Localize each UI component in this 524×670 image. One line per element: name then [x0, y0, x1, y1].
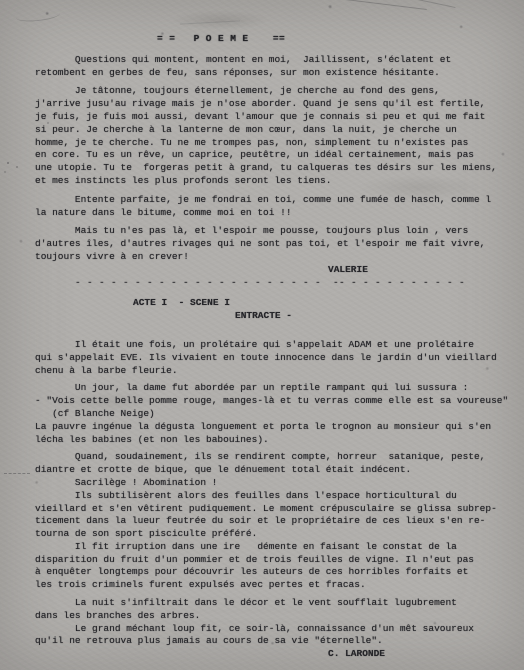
text-line: Je tâtonne, toujours éternellement, je c… — [35, 85, 516, 98]
act-heading: ACTE I - SCENE I — [35, 297, 516, 310]
text-line: Le grand méchant loup fit, ce soir-là, c… — [35, 623, 516, 636]
faint-smudge-mark — [180, 20, 240, 24]
pencil-stroke-mark — [345, 0, 427, 10]
text-line: Il était une fois, un prolétaire qui s'a… — [35, 339, 516, 352]
text-line: dans les branches des arbres. — [35, 610, 516, 623]
text-line: La pauvre ingénue la dégusta longuement … — [35, 421, 516, 434]
text-line: qu'il ne retrouva plus jamais au cours d… — [35, 635, 516, 648]
text-line: - "Vois cette belle pomme rouge, manges-… — [35, 395, 516, 408]
paragraph: Entente parfaite, je me fondrai en toi, … — [35, 194, 516, 220]
paragraph: Quand, soudainement, ils se rendirent co… — [35, 451, 516, 592]
author-signature: C. LARONDE — [35, 648, 516, 661]
text-line: en core. Tu es un rêve, un caprice, peut… — [35, 149, 516, 162]
text-line: Entente parfaite, je me fondrai en toi, … — [35, 194, 516, 207]
section-divider: - - - - - - - - - - - - - - - - - - - - … — [35, 277, 516, 290]
scanned-document-page: = = P O E M E == Questions qui montent, … — [0, 0, 524, 670]
text-line: Un jour, la dame fut abordée par un rept… — [35, 382, 516, 395]
text-line: Il fit irruption dans une ire démente en… — [35, 541, 516, 554]
text-line: si peur. Je cherche à la lanterne de mon… — [35, 124, 516, 137]
text-line: Sacrilège ! Abomination ! — [35, 477, 516, 490]
text-line: La nuit s'infiltrait dans le décor et le… — [35, 597, 516, 610]
text-line: Questions qui montent, montent en moi, J… — [35, 54, 516, 67]
text-line: homme, je te cherche. Tu ne me trompes p… — [35, 137, 516, 150]
scene-heading: ENTRACTE - — [35, 310, 516, 323]
text-line: qui s'appelait EVE. Ils vivaient en tout… — [35, 352, 516, 365]
text-line: Quand, soudainement, ils se rendirent co… — [35, 451, 516, 464]
pencil-stroke-mark — [399, 0, 456, 8]
poem-signature: VALERIE — [35, 264, 516, 277]
paragraph: Mais tu n'es pas là, et l'espoir me pous… — [35, 225, 516, 263]
poem-title: = = P O E M E == — [35, 33, 516, 46]
paragraph: Un jour, la dame fut abordée par un rept… — [35, 382, 516, 446]
ink-speckle-mark — [7, 162, 9, 164]
paragraph: Il était une fois, un prolétaire qui s'a… — [35, 339, 516, 377]
paragraph: Questions qui montent, montent en moi, J… — [35, 54, 516, 80]
text-line: et mes instincts les plus profonds seron… — [35, 175, 516, 188]
paragraph: La nuit s'infiltrait dans le décor et le… — [35, 597, 516, 648]
text-line: chenu à la barbe fleurie. — [35, 365, 516, 378]
text-line: à enquêter longtemps pour découvrir les … — [35, 566, 516, 579]
text-line: diantre et crotte de bique, que le dénue… — [35, 464, 516, 477]
text-line: toujours vivre à en crever! — [35, 251, 516, 264]
pencil-squiggle-mark — [16, 8, 61, 24]
text-line: la nature dans le bitume, comme moi en t… — [35, 207, 516, 220]
typewritten-content: = = P O E M E == Questions qui montent, … — [35, 33, 516, 661]
text-line: lécha les babines (et non les babouines)… — [35, 434, 516, 447]
text-line: d'autres îles, d'autres rivages qui ne s… — [35, 238, 516, 251]
text-line: (cf Blanche Neige) — [35, 408, 516, 421]
text-line: retombent en gerbes de feu, sans réponse… — [35, 67, 516, 80]
text-line: ticement dans la lueur feutrée du soir e… — [35, 515, 516, 528]
margin-dash-mark — [4, 473, 30, 474]
text-line: je fuis, je fuis moi aussi, devant l'amo… — [35, 111, 516, 124]
poem-body: Questions qui montent, montent en moi, J… — [35, 54, 516, 264]
text-line: Mais tu n'es pas là, et l'espoir me pous… — [35, 225, 516, 238]
paragraph: Je tâtonne, toujours éternellement, je c… — [35, 85, 516, 187]
text-line: j'arrive jusu'au rivage mais je n'ose ab… — [35, 98, 516, 111]
text-line: Ils subtilisèrent alors des feuilles dan… — [35, 490, 516, 503]
text-line: vieillard et s'en vêtirent pudiquement. … — [35, 503, 516, 516]
text-line: les trois criminels furent expulsés avec… — [35, 579, 516, 592]
text-line: tourna de son sport pisciculte préféré. — [35, 528, 516, 541]
story-body: Il était une fois, un prolétaire qui s'a… — [35, 339, 516, 648]
text-line: disparition du fruit d'un pommier et de … — [35, 554, 516, 567]
text-line: une utopie. Tu te forgeras petit à grand… — [35, 162, 516, 175]
